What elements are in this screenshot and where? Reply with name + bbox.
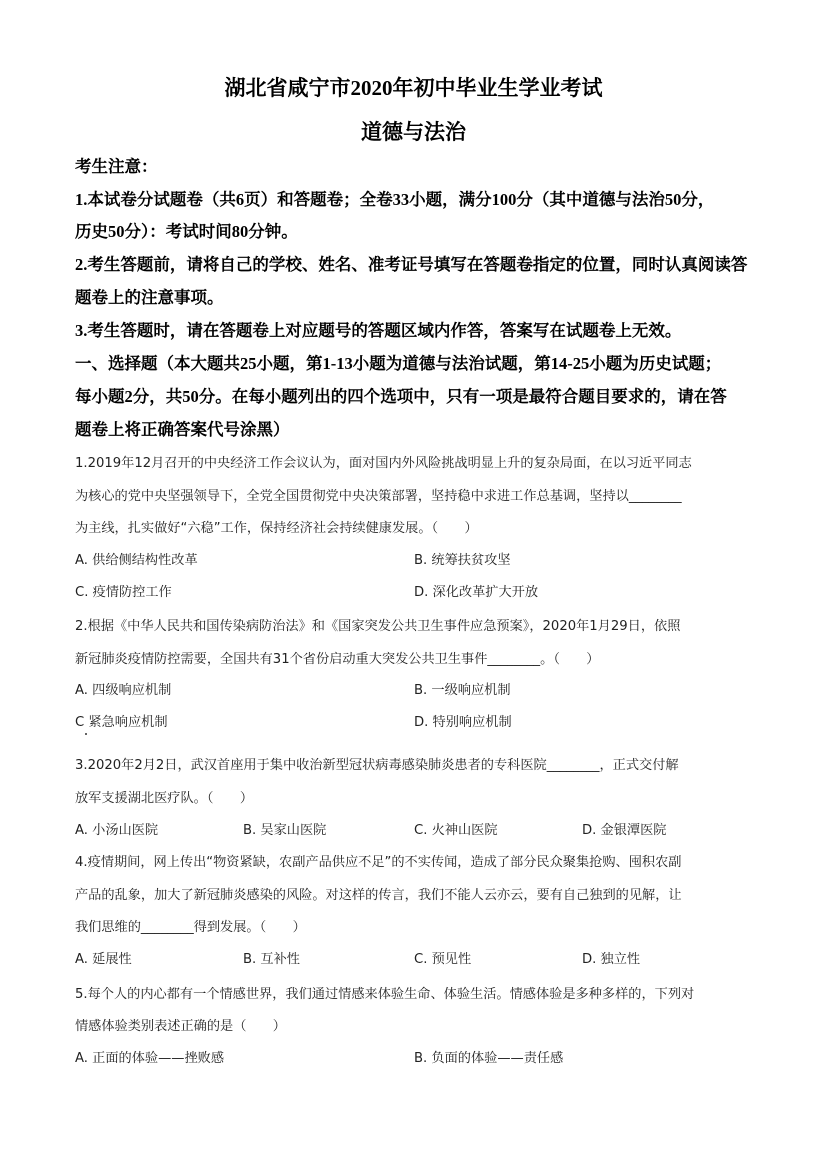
- question-1-text: 1.2019年12月召开的中央经济工作会议认为，面对国内外风险挑战明显上升的复杂…: [75, 452, 692, 471]
- question-4-text: 我们思维的________得到发展。（ ）: [75, 916, 306, 935]
- question-4-option-d[interactable]: D. 独立性: [582, 948, 640, 967]
- notice-heading: 考生注意：: [75, 153, 158, 177]
- question-3-option-b[interactable]: B. 吴家山医院: [243, 819, 326, 838]
- question-5-option-a[interactable]: A. 正面的体验——挫败感: [75, 1047, 224, 1066]
- question-1-option-a[interactable]: A. 供给侧结构性改革: [75, 549, 198, 568]
- question-2-option-a[interactable]: A. 四级响应机制: [75, 679, 171, 698]
- question-2-option-d[interactable]: D. 特别响应机制: [414, 711, 512, 730]
- question-5-text: 5.每个人的内心都有一个情感世界，我们通过情感来体验生命、体验生活。情感体验是多…: [75, 983, 694, 1002]
- question-5-text: 情感体验类别表述正确的是（ ）: [75, 1015, 286, 1034]
- question-3-option-c[interactable]: C. 火神山医院: [414, 819, 498, 838]
- question-1-option-c[interactable]: C. 疫情防控工作: [75, 581, 172, 600]
- question-5-option-b[interactable]: B. 负面的体验——责任感: [414, 1047, 563, 1066]
- question-2-text: 新冠肺炎疫情防控需要，全国共有31个省份启动重大突发公共卫生事件________…: [75, 648, 600, 667]
- question-3-option-d[interactable]: D. 金银潭医院: [582, 819, 666, 838]
- question-1-text: 为主线，扎实做好“六稳”工作，保持经济社会持续健康发展。（ ）: [75, 517, 478, 536]
- question-1-option-b[interactable]: B. 统筹扶贫攻坚: [414, 549, 511, 568]
- question-2-option-b[interactable]: B. 一级响应机制: [414, 679, 511, 698]
- exam-title: 湖北省咸宁市2020年初中毕业生学业考试: [0, 72, 827, 102]
- notice-line: 2.考生答题前，请将自己的学校、姓名、准考证号填写在答题卷指定的位置，同时认真阅…: [75, 251, 747, 275]
- notice-line: 1.本试卷分试题卷（共6页）和答题卷；全卷33小题，满分100分（其中道德与法治…: [75, 186, 714, 210]
- section-instructions: 一、选择题（本大题共25小题，第1-13小题为道德与法治试题，第14-25小题为…: [75, 350, 721, 374]
- exam-subject: 道德与法治: [0, 116, 827, 146]
- question-3-text: 3.2020年2月2日，武汉首座用于集中收治新型冠状病毒感染肺炎患者的专科医院_…: [75, 754, 679, 773]
- section-instructions: 题卷上将正确答案代号涂黑）: [75, 416, 290, 440]
- question-2-text: 2.根据《中华人民共和国传染病防治法》和《国家突发公共卫生事件应急预案》，202…: [75, 615, 680, 634]
- question-3-option-a[interactable]: A. 小汤山医院: [75, 819, 158, 838]
- question-4-option-b[interactable]: B. 互补性: [243, 948, 300, 967]
- question-3-text: 放军支援湖北医疗队。（ ）: [75, 787, 253, 806]
- section-instructions: 每小题2分，共50分。在每小题列出的四个选项中，只有一项是最符合题目要求的，请在…: [75, 383, 727, 407]
- stray-dot: [85, 733, 87, 735]
- question-4-option-c[interactable]: C. 预见性: [414, 948, 471, 967]
- notice-line: 3.考生答题时，请在答题卷上对应题号的答题区域内作答，答案写在试题卷上无效。: [75, 317, 681, 341]
- question-1-text: 为核心的党中央坚强领导下，全党全国贯彻党中央决策部署，坚持稳中求进工作总基调，坚…: [75, 485, 682, 504]
- exam-page: 湖北省咸宁市2020年初中毕业生学业考试 道德与法治 考生注意： 1.本试卷分试…: [0, 0, 827, 1169]
- question-2-option-c[interactable]: C 紧急响应机制: [75, 711, 168, 730]
- question-4-text: 4.疫情期间，网上传出“物资紧缺，农副产品供应不足”的不实传闻，造成了部分民众聚…: [75, 851, 682, 870]
- question-4-option-a[interactable]: A. 延展性: [75, 948, 132, 967]
- question-4-text: 产品的乱象，加大了新冠肺炎感染的风险。对这样的传言，我们不能人云亦云，要有自己独…: [75, 884, 682, 903]
- notice-line: 题卷上的注意事项。: [75, 284, 224, 308]
- notice-line: 历史50分）：考试时间80分钟。: [75, 218, 298, 242]
- question-1-option-d[interactable]: D. 深化改革扩大开放: [414, 581, 538, 600]
